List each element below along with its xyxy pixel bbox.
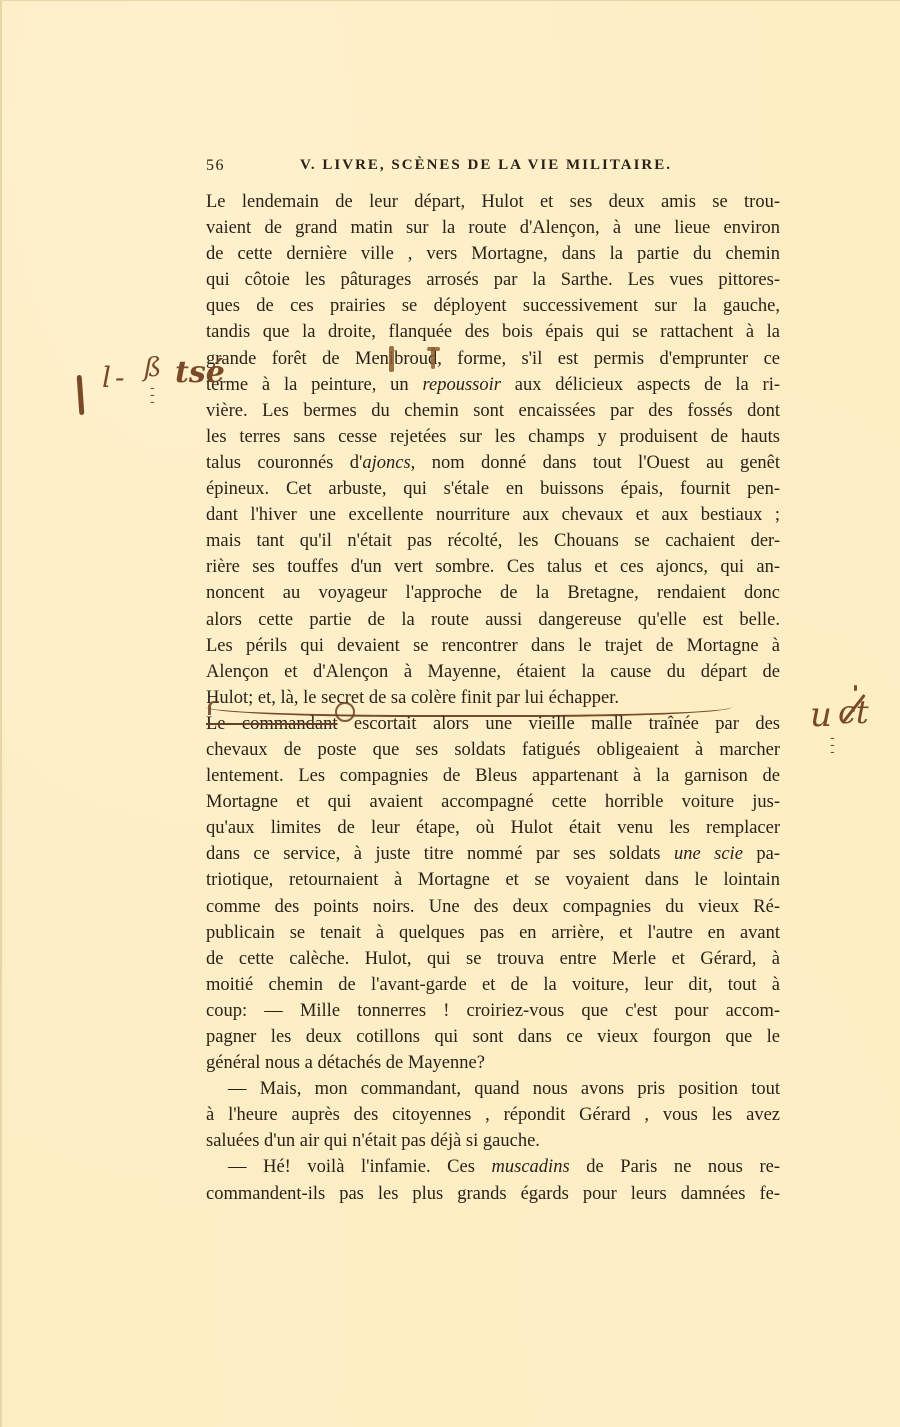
body-text: Le lendemain de leur départ, Hulot et se… [206,189,780,1207]
margin-annotation-left: l- ß --- tsé [72,353,212,423]
struck-text: Le commandant [206,714,337,734]
italic-term: une scie [674,844,743,864]
text-span: de Paris ne nous re- [570,1157,780,1177]
text-line: dant l'hiver une excellente nourriture a… [206,502,780,528]
handwritten-note: tsé [175,355,225,390]
text-line: de cette calèche. Hulot, qui se trouva e… [206,946,780,972]
text-line: chevaux de poste que ses soldats fatigué… [206,737,780,763]
text-line: Le commandant escortait alors une vieill… [206,711,780,737]
ink-vertical-stroke [77,375,85,415]
text-line: pagner les deux cotillons qui sont dans … [206,1024,780,1050]
text-line: — Mais, mon commandant, quand nous avons… [206,1076,780,1102]
margin-annotation-right: u ct --- [808,691,888,761]
text-span: dans ce service, à juste titre nommé par… [206,844,674,864]
text-line: Alençon et d'Alençon à Mayenne, étaient … [206,659,780,685]
underlined-text-line: Hulot; et, là, le secret de sa colère fi… [206,685,780,711]
text-line: de cette dernière ville , vers Mortagne,… [206,241,780,267]
handwritten-note: u [810,695,832,735]
text-span: talus couronnés d' [206,453,362,473]
text-line: tandis que la droite, flanquée des bois … [206,319,780,345]
handwritten-dots: --- [150,385,155,406]
correction-mark-b [389,346,394,372]
handwritten-note: ß [144,353,161,383]
handwritten-note: l- [102,361,128,394]
running-head-title: V. LIVRE, SCÈNES DE LA VIE MILITAIRE. [300,157,672,174]
text-line: coup: — Mille tonnerres ! croiriez-vous … [206,998,780,1024]
text-line: triotique, retournaient à Mortagne et se… [206,867,780,893]
text-line: à l'heure auprès des citoyennes , répond… [206,1102,780,1128]
text-line: épineux. Cet arbuste, qui s'étale en bui… [206,476,780,502]
italic-term: ajoncs [362,453,410,473]
italic-term: muscadins [492,1157,570,1177]
handwritten-dots: --- [830,735,835,756]
text-span: aux délicieux aspects de la ri- [501,375,780,395]
italic-term: repoussoir [422,375,500,395]
text-line: moitié chemin de l'avant-garde et de la … [206,972,780,998]
text-line: ques de ces prairies se déployent succes… [206,293,780,319]
text-line: lentement. Les compagnies de Bleus appar… [206,763,780,789]
text-line: rière ses touffes d'un vert sombre. Ces … [206,554,780,580]
text-line: général nous a détachés de Mayenne? [206,1050,780,1076]
text-line: vière. Les bermes du chemin sont encaiss… [206,398,780,424]
text-span: — Hé! voilà l'infamie. Ces [228,1157,492,1177]
text-span: , nom donné dans tout l'Ouest au genêt [411,453,780,473]
text-line: terme à la peinture, un repoussoir aux d… [206,372,780,398]
text-line: alors cette partie de la route aussi dan… [206,607,780,633]
text-line: qui côtoie les pâturages arrosés par la … [206,267,780,293]
text-line: vaient de grand matin sur la route d'Ale… [206,215,780,241]
text-line: saluées d'un air qui n'était pas déjà si… [206,1128,780,1154]
text-line: mais tant qu'il n'était pas récolté, les… [206,528,780,554]
text-line: Les périls qui devaient se rencontrer da… [206,633,780,659]
text-span: pa- [743,844,780,864]
correction-circle [335,702,355,722]
text-line: Le lendemain de leur départ, Hulot et se… [206,189,780,215]
text-line: qu'aux limites de leur étape, où Hulot é… [206,815,780,841]
running-head: 56 V. LIVRE, SCÈNES DE LA VIE MILITAIRE. [206,157,782,179]
book-page: 56 V. LIVRE, SCÈNES DE LA VIE MILITAIRE.… [0,0,900,1427]
text-span: terme à la peinture, un [206,375,422,395]
text-line: noncent au voyageur l'approche de la Bre… [206,580,780,606]
text-span: Hulot; et, là, le secret de sa colère fi… [206,688,619,708]
text-line: comme des points noirs. Une des deux com… [206,894,780,920]
text-line: commandent-ils pas les plus grands égard… [206,1181,780,1207]
correction-mark-t-stem [431,347,435,369]
text-line: dans ce service, à juste titre nommé par… [206,841,780,867]
page-number: 56 [206,157,225,175]
ink-dot [854,685,857,691]
text-span: escortait alors une vieille malle traîné… [337,714,780,734]
text-line: grande forêt de Menibroud, forme, s'il e… [206,346,780,372]
text-line: Mortagne et qui avaient accompagné cette… [206,789,780,815]
text-line: — Hé! voilà l'infamie. Ces muscadins de … [206,1154,780,1180]
text-line: publicain se tenait à quelques pas en ar… [206,920,780,946]
handwritten-note: ct [838,693,869,731]
insertion-hook [208,701,219,715]
text-line: les terres sans cesse rejetées sur les c… [206,424,780,450]
text-line: talus couronnés d'ajoncs, nom donné dans… [206,450,780,476]
